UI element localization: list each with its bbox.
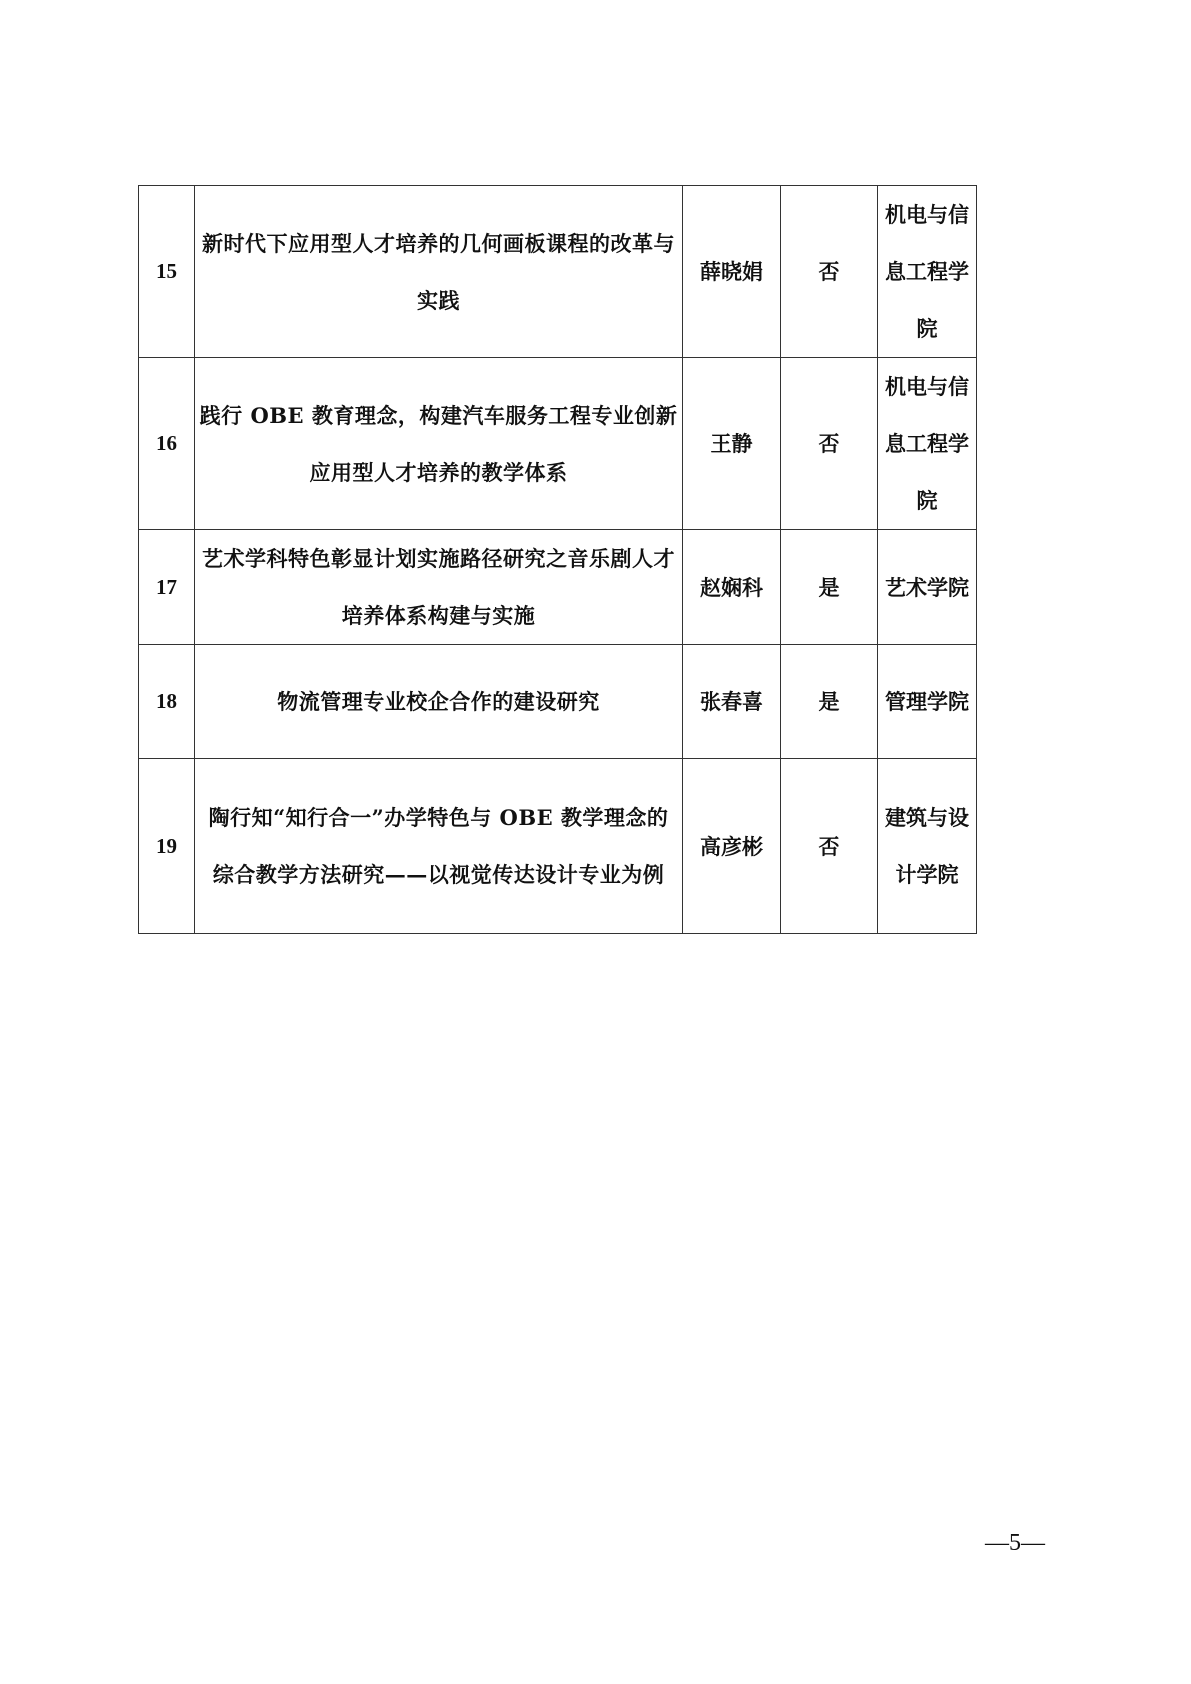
table-row: 15 新时代下应用型人才培养的几何画板课程的改革与实践 薛晓娟 否 机电与信息工… xyxy=(139,186,977,358)
project-title: 陶行知“知行合一”办学特色与 OBE 教学理念的综合教学方法研究——以视觉传达设… xyxy=(195,759,683,934)
page-number: —5— xyxy=(985,1530,1045,1557)
table-row: 16 践行 OBE 教育理念，构建汽车服务工程专业创新应用型人才培养的教学体系 … xyxy=(139,358,977,530)
key-project-flag: 否 xyxy=(781,759,878,934)
project-title: 践行 OBE 教育理念，构建汽车服务工程专业创新应用型人才培养的教学体系 xyxy=(195,358,683,530)
table-row: 17 艺术学科特色彰显计划实施路径研究之音乐剧人才培养体系构建与实施 赵娴科 是… xyxy=(139,530,977,645)
row-number: 16 xyxy=(139,358,195,530)
project-leader: 张春喜 xyxy=(683,645,781,759)
college: 机电与信息工程学院 xyxy=(878,186,977,358)
project-leader: 王静 xyxy=(683,358,781,530)
college: 管理学院 xyxy=(878,645,977,759)
project-title: 物流管理专业校企合作的建设研究 xyxy=(195,645,683,759)
row-number: 19 xyxy=(139,759,195,934)
document-page: 15 新时代下应用型人才培养的几何画板课程的改革与实践 薛晓娟 否 机电与信息工… xyxy=(0,0,1191,1684)
project-leader: 薛晓娟 xyxy=(683,186,781,358)
key-project-flag: 否 xyxy=(781,358,878,530)
row-number: 18 xyxy=(139,645,195,759)
row-number: 17 xyxy=(139,530,195,645)
college: 艺术学院 xyxy=(878,530,977,645)
key-project-flag: 否 xyxy=(781,186,878,358)
table-row: 19 陶行知“知行合一”办学特色与 OBE 教学理念的综合教学方法研究——以视觉… xyxy=(139,759,977,934)
project-table: 15 新时代下应用型人才培养的几何画板课程的改革与实践 薛晓娟 否 机电与信息工… xyxy=(138,185,977,934)
college: 建筑与设计学院 xyxy=(878,759,977,934)
college: 机电与信息工程学院 xyxy=(878,358,977,530)
row-number: 15 xyxy=(139,186,195,358)
project-leader: 高彦彬 xyxy=(683,759,781,934)
table-row: 18 物流管理专业校企合作的建设研究 张春喜 是 管理学院 xyxy=(139,645,977,759)
key-project-flag: 是 xyxy=(781,645,878,759)
project-title: 新时代下应用型人才培养的几何画板课程的改革与实践 xyxy=(195,186,683,358)
project-title: 艺术学科特色彰显计划实施路径研究之音乐剧人才培养体系构建与实施 xyxy=(195,530,683,645)
key-project-flag: 是 xyxy=(781,530,878,645)
project-leader: 赵娴科 xyxy=(683,530,781,645)
